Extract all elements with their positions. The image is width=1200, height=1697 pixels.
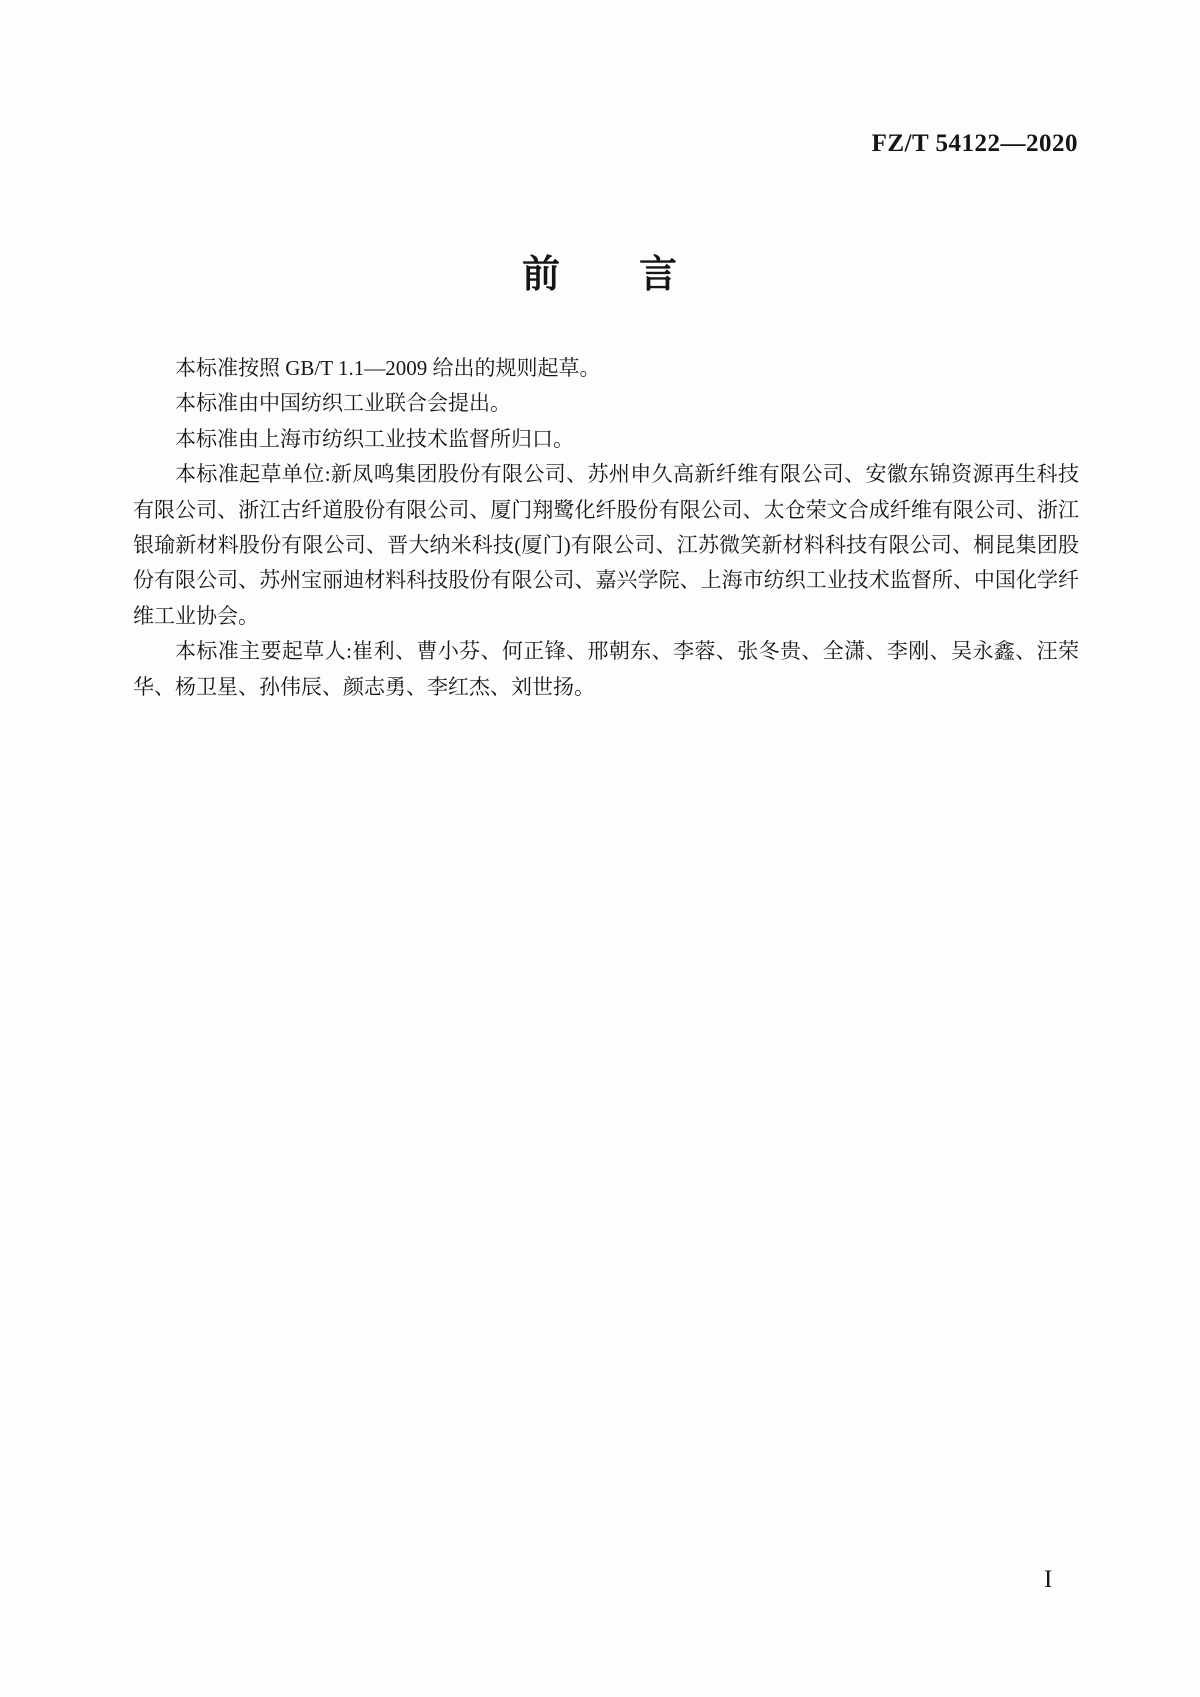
page-title: 前 言 [0, 243, 1200, 298]
standard-number: FZ/T 54122—2020 [872, 130, 1078, 158]
page-number: I [1044, 1566, 1052, 1594]
foreword-body: 本标准按照 GB/T 1.1—2009 给出的规则起草。 本标准由中国纺织工业联… [133, 351, 1079, 705]
document-page: FZ/T 54122—2020 前 言 本标准按照 GB/T 1.1—2009 … [0, 0, 1200, 1697]
paragraph-main-drafters: 本标准主要起草人:崔利、曹小芬、何正锋、邢朝东、李蓉、张冬贵、全潇、李刚、吴永鑫… [133, 634, 1079, 705]
paragraph-under-jurisdiction: 本标准由上海市纺织工业技术监督所归口。 [133, 422, 1079, 457]
paragraph-proposed-by: 本标准由中国纺织工业联合会提出。 [133, 386, 1079, 421]
paragraph-drafting-organizations: 本标准起草单位:新凤鸣集团股份有限公司、苏州申久高新纤维有限公司、安徽东锦资源再… [133, 457, 1079, 634]
paragraph-drafting-rule: 本标准按照 GB/T 1.1—2009 给出的规则起草。 [133, 351, 1079, 386]
